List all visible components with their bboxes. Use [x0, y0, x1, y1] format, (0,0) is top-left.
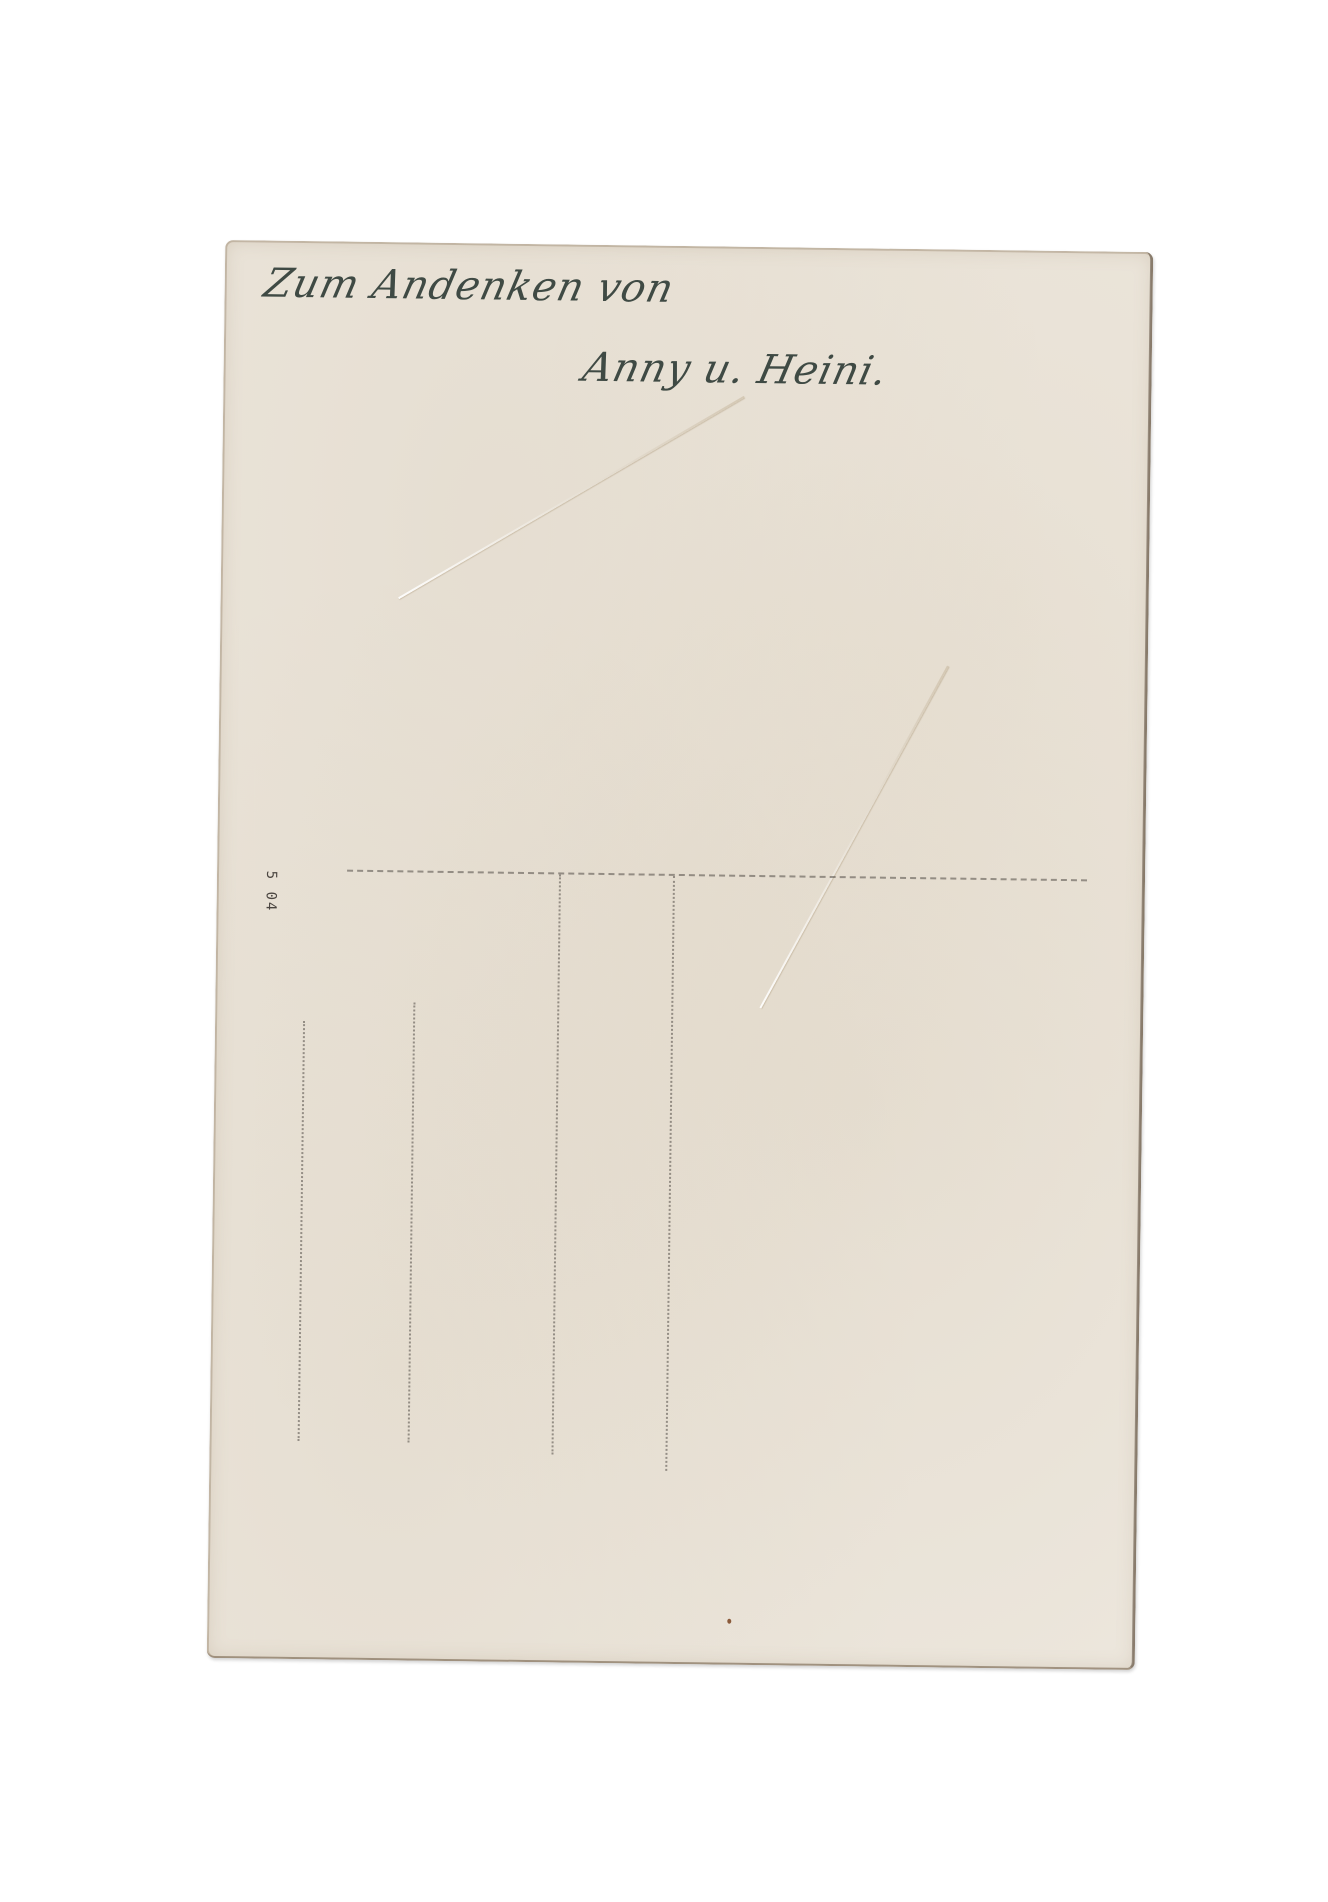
handwritten-dedication: Zum Andenken von — [260, 261, 679, 312]
handwritten-signature: Anny u. Heini. — [578, 345, 892, 395]
vertical-divider — [408, 1003, 416, 1443]
horizontal-divider — [347, 870, 1087, 882]
print-code: 5 04 — [263, 871, 280, 913]
vertical-divider — [665, 876, 675, 1471]
paper-crease — [759, 666, 948, 1009]
paper-crease — [398, 396, 745, 599]
vertical-divider — [551, 874, 561, 1454]
postcard-back: Zum Andenken von Anny u. Heini. 5 04 — [207, 240, 1153, 1670]
ink-spot — [727, 1619, 731, 1624]
vertical-divider — [298, 1021, 305, 1441]
